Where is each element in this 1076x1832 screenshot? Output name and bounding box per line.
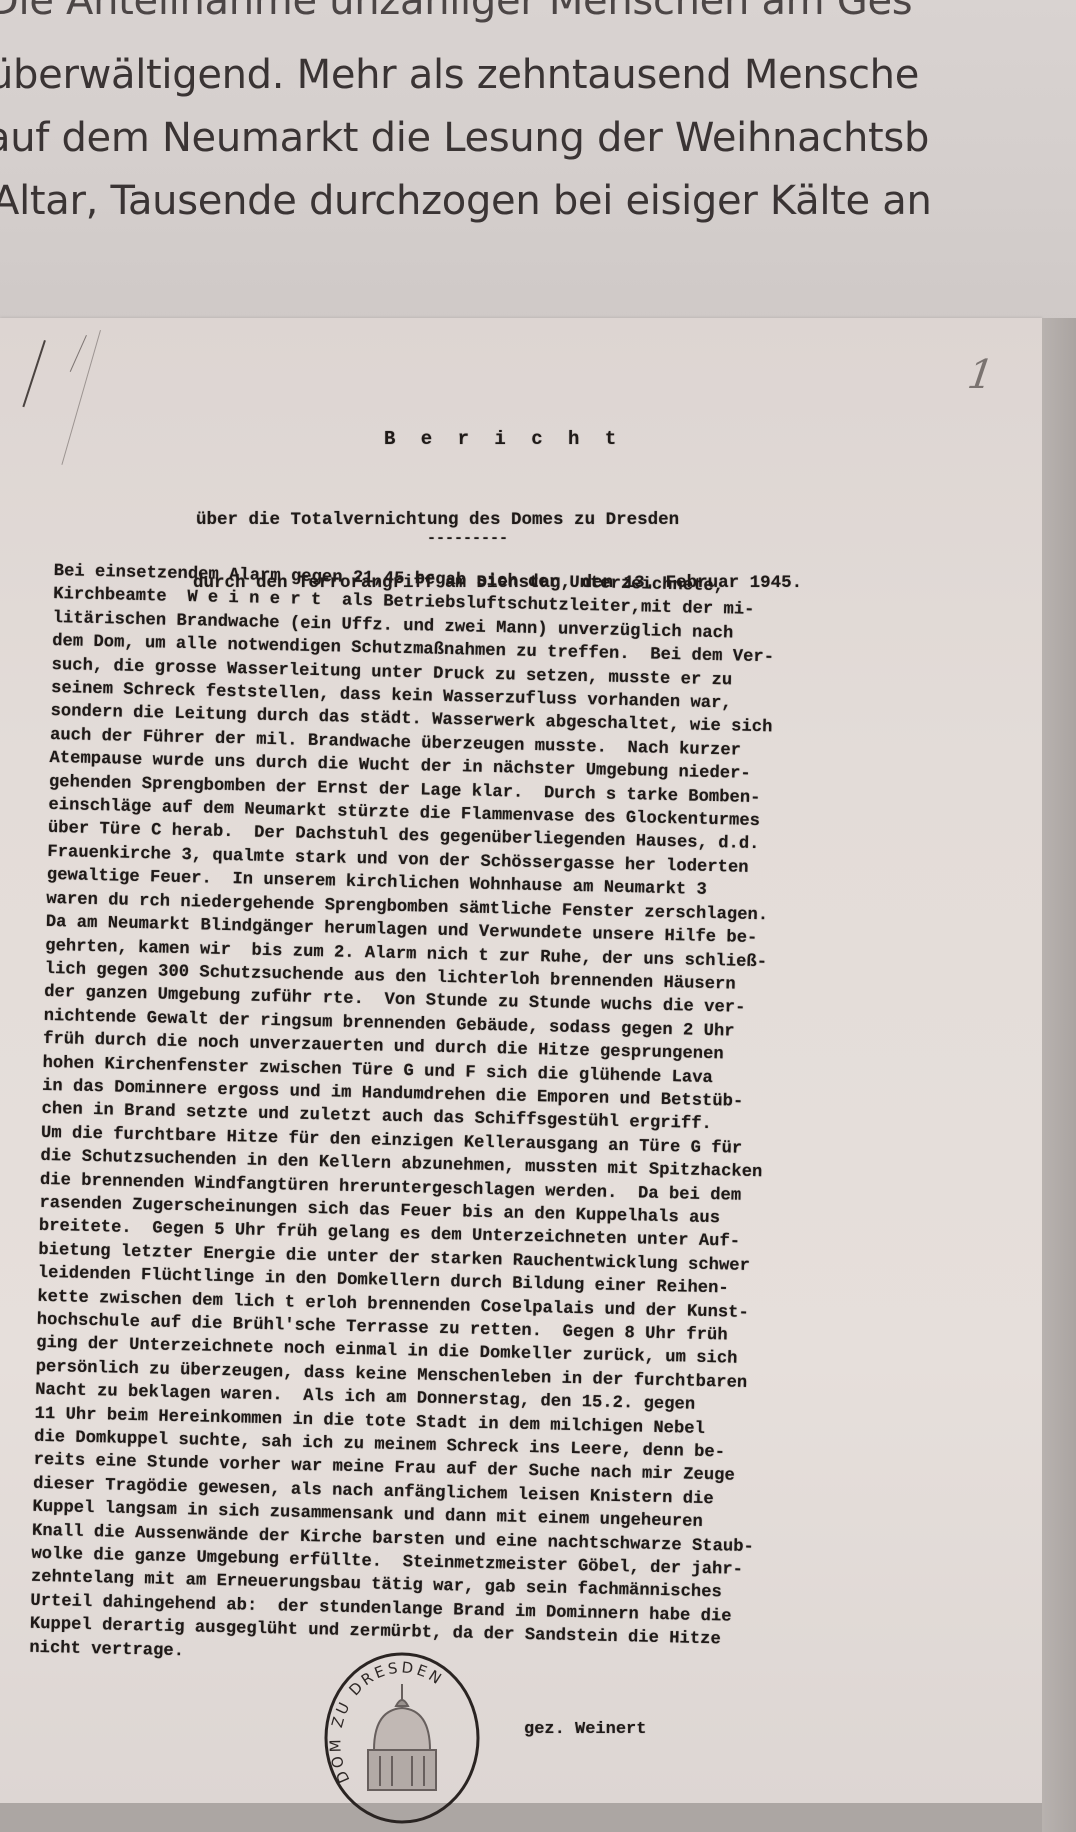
placard-line: überwältigend. Mehr als zehntausend Mens… — [0, 52, 919, 98]
sheet-edge-shadow — [1042, 318, 1076, 1832]
dom-zu-dresden-stamp: DOM ZU DRESDEN — [322, 1650, 482, 1826]
placard-line: Altar, Tausende durchzogen bei eisiger K… — [0, 178, 932, 224]
report-body: Bei einsetzendem Alarm gegen 21,45 begab… — [29, 560, 1054, 1682]
document-title: B e r i c h t — [384, 428, 623, 450]
placard-line: Die Anteilnahme unzähliger Menschen am G… — [0, 0, 912, 24]
subtitle-line: über die Totalvernichtung des Domes zu D… — [196, 510, 802, 531]
title-rule: --------- — [427, 530, 508, 547]
exhibition-placard: Die Anteilnahme unzähliger Menschen am G… — [0, 0, 1076, 325]
signature: gez. Weinert — [524, 1720, 646, 1739]
placard-line: auf dem Neumarkt die Lesung der Weihnach… — [0, 115, 929, 161]
sheet-bottom-edge — [0, 1803, 1042, 1832]
cathedral-dome-icon: DOM ZU DRESDEN — [322, 1650, 482, 1826]
